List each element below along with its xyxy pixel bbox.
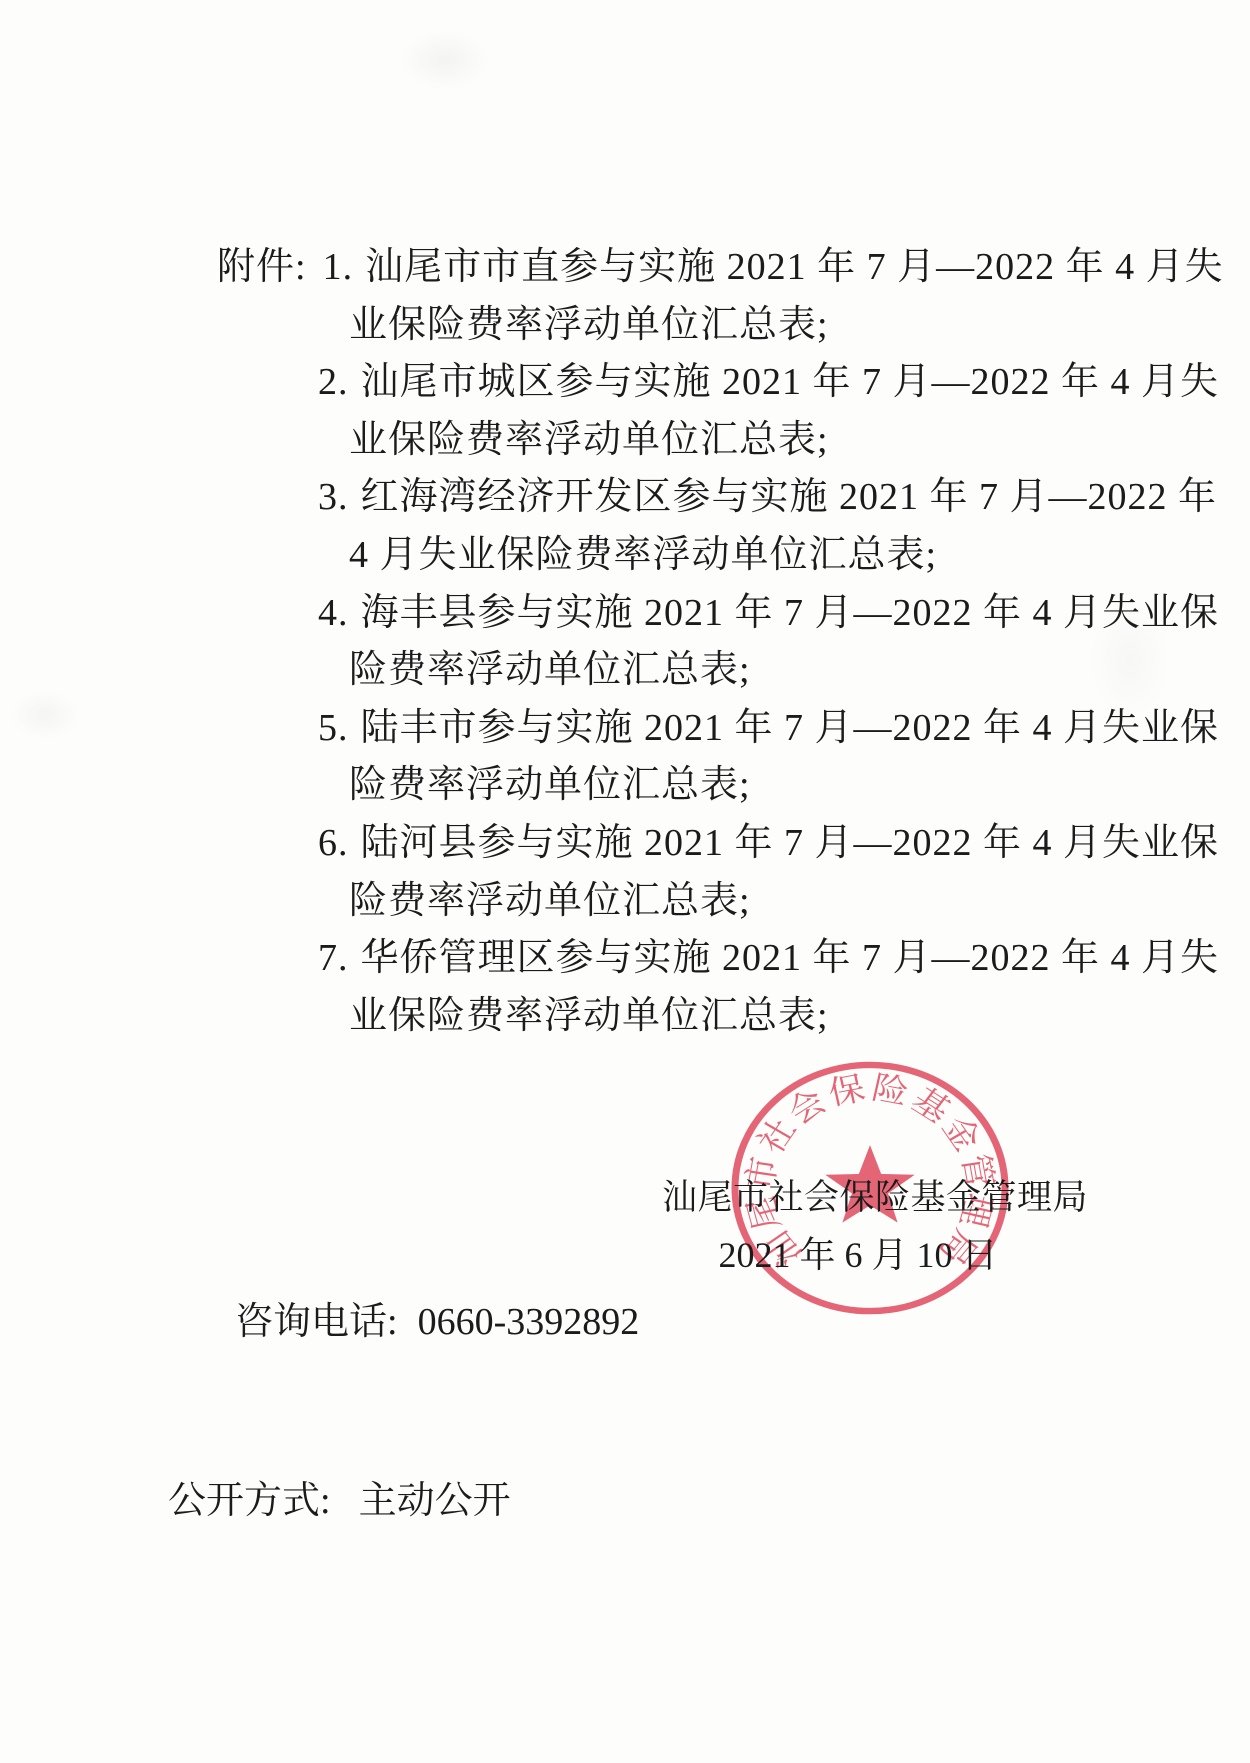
- attachment-number: 1.: [323, 246, 354, 288]
- contact-phone-line: 咨询电话:0660-3392892: [235, 1290, 639, 1345]
- signature-organization: 汕尾市社会保险基金管理局: [662, 1170, 1088, 1220]
- attachment-number: 7.: [318, 937, 349, 979]
- attachment-list: 附件:1.汕尾市市直参与实施 2021 年 7 月—2022 年 4 月失 业保…: [0, 239, 1250, 1045]
- attachment-item-3-line-1: 3.红海湾经济开发区参与实施 2021 年 7 月—2022 年: [318, 469, 1250, 527]
- attachment-text: 4 月失业保险费率浮动单位汇总表;: [349, 534, 937, 576]
- attachment-text: 险费率浮动单位汇总表;: [349, 649, 751, 691]
- attachment-item-1-line-1: 附件:1.汕尾市市直参与实施 2021 年 7 月—2022 年 4 月失: [217, 239, 1250, 297]
- attachment-item-5-line-1: 5.陆丰市参与实施 2021 年 7 月—2022 年 4 月失业保: [318, 700, 1250, 758]
- attachment-item-6-line-1: 6.陆河县参与实施 2021 年 7 月—2022 年 4 月失业保: [318, 815, 1250, 873]
- attachment-label: 附件:: [217, 246, 307, 288]
- contact-phone-number: 0660-3392892: [418, 1301, 640, 1343]
- attachment-item-6-line-2: 险费率浮动单位汇总表;: [349, 873, 1250, 931]
- attachment-text: 险费率浮动单位汇总表;: [349, 764, 751, 806]
- disclosure-label: 公开方式:: [168, 1480, 331, 1522]
- attachment-text: 陆丰市参与实施 2021 年 7 月—2022 年 4 月失业保: [361, 707, 1220, 749]
- attachment-number: 6.: [318, 822, 349, 864]
- attachment-text: 陆河县参与实施 2021 年 7 月—2022 年 4 月失业保: [361, 822, 1220, 864]
- attachment-text: 汕尾市市直参与实施 2021 年 7 月—2022 年 4 月失: [365, 246, 1224, 288]
- attachment-item-7-line-2: 业保险费率浮动单位汇总表;: [349, 988, 1250, 1046]
- attachment-text: 华侨管理区参与实施 2021 年 7 月—2022 年 4 月失: [361, 937, 1220, 979]
- document-page: 附件:1.汕尾市市直参与实施 2021 年 7 月—2022 年 4 月失 业保…: [0, 0, 1250, 1763]
- disclosure-value: 主动公开: [359, 1480, 511, 1522]
- attachment-item-3-line-2: 4 月失业保险费率浮动单位汇总表;: [349, 527, 1250, 585]
- paper-smudge: [400, 30, 490, 90]
- attachment-item-5-line-2: 险费率浮动单位汇总表;: [349, 757, 1250, 815]
- contact-phone-label: 咨询电话:: [235, 1301, 398, 1343]
- disclosure-line: 公开方式:主动公开: [168, 1469, 511, 1524]
- attachment-text: 红海湾经济开发区参与实施 2021 年 7 月—2022 年: [361, 476, 1218, 518]
- attachment-item-4-line-1: 4.海丰县参与实施 2021 年 7 月—2022 年 4 月失业保: [318, 585, 1250, 643]
- attachment-number: 3.: [318, 476, 349, 518]
- attachment-text: 险费率浮动单位汇总表;: [349, 880, 751, 922]
- attachment-number: 2.: [318, 361, 349, 403]
- attachment-item-2-line-2: 业保险费率浮动单位汇总表;: [349, 412, 1250, 470]
- attachment-number: 5.: [318, 707, 349, 749]
- attachment-item-7-line-1: 7.华侨管理区参与实施 2021 年 7 月—2022 年 4 月失: [318, 930, 1250, 988]
- attachment-text: 业保险费率浮动单位汇总表;: [349, 995, 829, 1037]
- attachment-text: 业保险费率浮动单位汇总表;: [349, 419, 829, 461]
- attachment-text: 业保险费率浮动单位汇总表;: [349, 304, 829, 346]
- attachment-item-2-line-1: 2.汕尾市城区参与实施 2021 年 7 月—2022 年 4 月失: [318, 354, 1250, 412]
- signature-date: 2021 年 6 月 10 日: [718, 1227, 998, 1278]
- attachment-item-1-line-2: 业保险费率浮动单位汇总表;: [349, 297, 1250, 355]
- attachment-text: 汕尾市城区参与实施 2021 年 7 月—2022 年 4 月失: [361, 361, 1220, 403]
- attachment-text: 海丰县参与实施 2021 年 7 月—2022 年 4 月失业保: [361, 592, 1220, 634]
- attachment-number: 4.: [318, 592, 349, 634]
- attachment-item-4-line-2: 险费率浮动单位汇总表;: [349, 642, 1250, 700]
